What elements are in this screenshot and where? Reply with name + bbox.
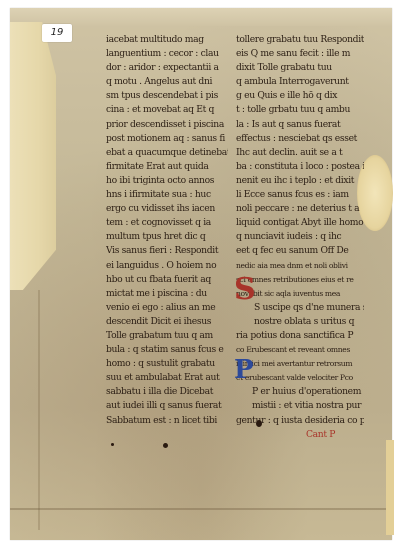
text-line: ei languidus . O hoiem no (106, 259, 228, 273)
text-line: multum tpus hret dic q (106, 230, 228, 244)
blue-initial-p: P (234, 357, 254, 383)
parchment-flap-left (10, 22, 56, 290)
text-line: gentur : q iusta desideria co ple (236, 414, 364, 428)
text-line: tem : et cognovisset q ia (106, 216, 228, 230)
text-line: prior descendisset i piscina (106, 118, 228, 132)
text-line: post motionem aq : sanus fi (106, 132, 228, 146)
text-line: nostre oblata s uritus q (236, 315, 364, 329)
rubric-cant: Cant P (236, 428, 364, 442)
text-line: effectus : nesciebat qs esset (236, 132, 364, 146)
text-line: q ambula Interrogaverunt (236, 75, 364, 89)
text-line: bula : q statim sanus fcus e (106, 343, 228, 357)
text-line: firmitate Erat aut quida (106, 160, 228, 174)
folio-number-label: 19 (42, 24, 72, 42)
text-line: nedic aia mea dnm et noli oblivi (236, 259, 364, 273)
text-line: nenit eu ihc i teplo : et dixit (236, 174, 364, 188)
text-line: dixit Tolle grabatu tuu (236, 61, 364, 75)
text-line: ho ibi triginta octo annos (106, 174, 228, 188)
text-line: descendit Dicit ei ihesus (106, 315, 228, 329)
text-line: liquid contigat Abyt ille homo (236, 216, 364, 230)
text-line: Ihc aut declin. auit se a t (236, 146, 364, 160)
text-line: tollere grabatu tuu Respondit (236, 33, 364, 47)
text-line: noli peccare : ne deterius t a (236, 202, 364, 216)
text-line: hbo ut cu fbata fuerit aq (106, 273, 228, 287)
text-line: Sabbatum est : n licet tibi (106, 414, 228, 428)
text-line: la : Is aut q sanus fuerat (236, 118, 364, 132)
ink-stain (111, 443, 114, 446)
text-line: li Ecce sanus fcus es : iam (236, 188, 364, 202)
text-line: dor : aridor : expectantii a (106, 61, 228, 75)
text-line: mistii : et vitia nostra pur (236, 399, 364, 413)
fold-line-left (38, 290, 40, 530)
text-line: Vis sanus fieri : Respondit (106, 244, 228, 258)
text-line: q nunciavit iudeis : q ihc (236, 230, 364, 244)
text-line: inimici mei avertantur retrorsum (236, 357, 364, 371)
text-line: cina : et movebat aq Et q (106, 103, 228, 117)
red-initial-s: S (234, 275, 256, 305)
text-column-left: iacebat multitudo mag languentium : ceco… (106, 33, 228, 428)
text-line: suu et ambulabat Erat aut (106, 371, 228, 385)
text-line: eis Q me sanu fecit : ille m (236, 47, 364, 61)
fold-line-bottom (10, 508, 392, 510)
text-line: t : tolle grbatu tuu q ambu (236, 103, 364, 117)
text-line: ebat a quacumque detinebat i (106, 146, 228, 160)
text-line: et erubescant valde velociter Pco (236, 371, 364, 385)
text-line: ria potius dona sanctifica P (236, 329, 364, 343)
text-line: sabbatu i illa die Dicebat (106, 385, 228, 399)
right-edge-strip (386, 440, 394, 535)
text-column-right: tollere grabatu tuu Respondit eis Q me s… (236, 33, 364, 442)
text-line: mictat me i piscina : du (106, 287, 228, 301)
text-line: ba : constituta i loco : postea i (236, 160, 364, 174)
text-line: homo : q sustulit grabatu (106, 357, 228, 371)
text-line: Tolle grabatum tuu q am (106, 329, 228, 343)
text-line: q motu . Angelus aut dni (106, 75, 228, 89)
ink-stain (256, 420, 262, 427)
text-line: hns i ifirmitate sua : huc (106, 188, 228, 202)
ink-stain (163, 443, 168, 448)
text-line: P er huius d'operationem (236, 385, 364, 399)
text-line: sm tpus descendebat i pis (106, 89, 228, 103)
text-line: languentium : cecor : clau (106, 47, 228, 61)
text-line: g eu Quis e ille hō q dix (236, 89, 364, 103)
text-line: eet q fec eu sanum Off De (236, 244, 364, 258)
text-line: ergo cu vidisset ihs iacen (106, 202, 228, 216)
text-line: aut iudei illi q sanus fuerat (106, 399, 228, 413)
text-line: iacebat multitudo mag (106, 33, 228, 47)
text-line: co Erubescant et reveant omnes (236, 343, 364, 357)
text-line: venio ei ego : alius an me (106, 301, 228, 315)
